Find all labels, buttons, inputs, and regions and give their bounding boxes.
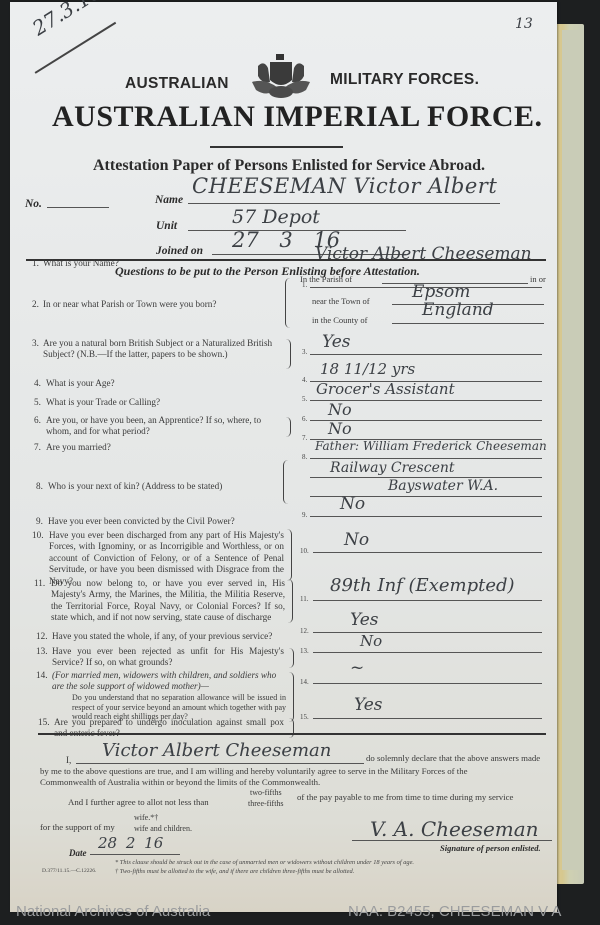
- answer-10: No: [344, 530, 369, 550]
- answer-6: No: [328, 400, 352, 419]
- q-text-9: Have you ever been convicted by the Civi…: [48, 516, 235, 527]
- ans-num-10: 10.: [300, 547, 309, 555]
- header-military-forces: MILITARY FORCES.: [330, 71, 479, 89]
- form-code: D.377/11.15.—C.12226.: [42, 868, 96, 874]
- parish-label: In the Parish of: [300, 274, 352, 285]
- ans-num-6: 6.: [302, 415, 307, 423]
- answer-1: Victor Albert Cheeseman: [315, 244, 532, 264]
- town-label: near the Town of: [312, 296, 370, 307]
- section-rule-bottom: [38, 733, 546, 735]
- answer-13: No: [360, 632, 382, 650]
- answer-5: Grocer's Assistant: [316, 380, 455, 398]
- brace-q8: [283, 460, 288, 504]
- q-num-6: 6.: [34, 415, 41, 426]
- signature-line: [352, 840, 552, 841]
- brace-q3: [286, 339, 291, 369]
- name-field-line: [188, 203, 500, 204]
- questions-heading: Questions to be put to the Person Enlist…: [115, 264, 420, 279]
- answer-line-15: [313, 718, 542, 719]
- ans-num-7: 7.: [302, 434, 307, 442]
- county-value: England: [422, 300, 494, 320]
- declaration-name-line: [76, 763, 364, 764]
- answer-7: No: [328, 419, 352, 438]
- q-text-4: What is your Age?: [46, 378, 115, 389]
- attestation-paper: 27.3.16 13 AUSTRALIAN MILITARY FORCES. A…: [10, 2, 557, 912]
- q-text-5: What is your Trade or Calling?: [46, 397, 160, 408]
- brace-q2: [285, 278, 290, 328]
- allotment-text-2: of the pay payable to me from time to ti…: [297, 792, 513, 803]
- date-line: [90, 854, 180, 855]
- brace-q15: [289, 718, 294, 738]
- county-line: [392, 323, 544, 324]
- q-num-11: 11.: [34, 578, 45, 589]
- answer-line-3: [310, 354, 542, 355]
- q-num-2: 2.: [32, 299, 39, 310]
- answer-line-14: [313, 683, 542, 684]
- support-text: for the support of my: [40, 822, 115, 833]
- ans-num-15: 15.: [300, 713, 309, 721]
- answer-9: No: [340, 494, 365, 514]
- allotment-text: And I further agree to allot not less th…: [68, 797, 209, 808]
- allotment-option-three-fifths: three-fifths: [248, 798, 284, 809]
- ans-num-13: 13.: [300, 647, 309, 655]
- brace-q13: [289, 648, 294, 668]
- brace-q14: [289, 672, 294, 722]
- answer-line-8a: [310, 458, 542, 459]
- answer-line-11: [313, 600, 542, 601]
- ans-num-14: 14.: [300, 678, 309, 686]
- date-label: Date: [69, 848, 87, 858]
- answer-8-line-2: Railway Crescent: [330, 460, 455, 476]
- county-label: in the County of: [312, 315, 367, 326]
- answer-4: 18 11/12 yrs: [320, 360, 415, 378]
- page-number: 13: [515, 16, 533, 32]
- no-field-line: [47, 207, 109, 208]
- ans-num-8: 8.: [302, 453, 307, 461]
- declaration-line-1: do solemnly declare that the above answe…: [366, 753, 540, 764]
- q-num-14: 14.: [36, 670, 47, 681]
- coat-of-arms-icon: [248, 52, 314, 100]
- q-text-8: Who is your next of kin? (Address to be …: [48, 481, 222, 492]
- footnote-1: * This clause should be struck out in th…: [115, 859, 414, 866]
- allotment-option-two-fifths: two-fifths: [250, 787, 282, 798]
- parish-label-text: In the Parish of: [300, 274, 352, 284]
- no-label: No.: [25, 198, 42, 210]
- q-text-11: Do you now belong to, or have you ever s…: [51, 578, 285, 624]
- q-num-7: 7.: [34, 442, 41, 453]
- q-text-15: Are you prepared to undergo inoculation …: [54, 717, 284, 740]
- answer-line-9: [310, 516, 542, 517]
- footnote-2: † Two-fifths must be allotted to the wif…: [115, 868, 354, 875]
- answer-8-line-1: Father: William Frederick Cheeseman: [315, 439, 547, 453]
- q-num-1: 1.: [32, 258, 39, 269]
- signature-label: Signature of person enlisted.: [440, 843, 541, 853]
- q-num-12: 12.: [36, 631, 47, 642]
- q-num-13: 13.: [36, 646, 47, 657]
- q-num-10: 10.: [32, 530, 43, 541]
- watermark-archive-name: National Archives of Australia: [16, 903, 210, 920]
- ans-num-5: 5.: [302, 395, 307, 403]
- brace-q6: [286, 417, 291, 437]
- q-text-7: Are you married?: [46, 442, 111, 453]
- support-option-wife: wife.*†: [134, 812, 158, 823]
- ans-num-12: 12.: [300, 627, 309, 635]
- unit-label: Unit: [156, 220, 177, 232]
- joined-label: Joined on: [156, 245, 203, 257]
- name-value: CHEESEMAN Victor Albert: [192, 174, 497, 198]
- q-text-13: Have you ever been rejected as unfit for…: [52, 646, 284, 669]
- q-num-15: 15.: [38, 717, 49, 728]
- backing-sheet-2: [562, 30, 584, 870]
- q-text-12: Have you stated the whole, if any, of yo…: [52, 631, 272, 642]
- answer-15: Yes: [354, 695, 383, 715]
- support-option-wife-children: wife and children.: [134, 823, 192, 834]
- q-num-8: 8.: [36, 481, 43, 492]
- parish-suffix: in or: [530, 274, 546, 285]
- answer-8-line-3: Bayswater W.A.: [388, 478, 498, 494]
- q-text-14-italic: (For married men, widowers with children…: [52, 670, 287, 693]
- brace-q11: [288, 579, 293, 623]
- signature: V. A. Cheeseman: [370, 817, 539, 841]
- declaration-prefix: I,: [66, 755, 71, 766]
- q-text-1: What is your Name?: [43, 258, 119, 269]
- answer-12: Yes: [350, 610, 379, 630]
- q-text-2: In or near what Parish or Town were you …: [43, 299, 216, 310]
- answer-line-10: [313, 552, 542, 553]
- ans-num-9: 9.: [302, 511, 307, 519]
- unit-value: 57 Depot: [232, 206, 320, 228]
- date-value: 28 2 16: [98, 834, 163, 852]
- answer-11: 89th Inf (Exempted): [330, 575, 515, 596]
- brace-q10: [287, 529, 292, 581]
- ans-num-4: 4.: [302, 376, 307, 384]
- name-label: Name: [155, 194, 183, 206]
- q-num-9: 9.: [36, 516, 43, 527]
- answer-14: ~: [350, 658, 364, 678]
- q-num-5: 5.: [34, 397, 41, 408]
- answer-line-12: [313, 632, 542, 633]
- q-text-6: Are you, or have you been, an Apprentice…: [46, 415, 284, 438]
- watermark-reference: NAA: B2455, CHEESEMAN V A: [348, 903, 561, 920]
- declaration-line-2: by me to the above questions are true, a…: [40, 766, 468, 777]
- answer-3: Yes: [322, 332, 351, 352]
- ans-num-11: 11.: [300, 595, 309, 603]
- header-australian: AUSTRALIAN: [125, 75, 229, 93]
- answer-line-13: [313, 652, 542, 653]
- page-title: AUSTRALIAN IMPERIAL FORCE.: [52, 100, 543, 134]
- declaration-name: Victor Albert Cheeseman: [102, 740, 331, 761]
- form-subtitle: Attestation Paper of Persons Enlisted fo…: [93, 157, 485, 175]
- ans-num-3: 3.: [302, 348, 307, 356]
- q-text-3: Are you a natural born British Subject o…: [43, 338, 283, 361]
- q-num-3: 3.: [32, 338, 39, 349]
- town-value: Epsom: [412, 282, 470, 302]
- title-underline: [210, 146, 343, 148]
- q-num-4: 4.: [34, 378, 41, 389]
